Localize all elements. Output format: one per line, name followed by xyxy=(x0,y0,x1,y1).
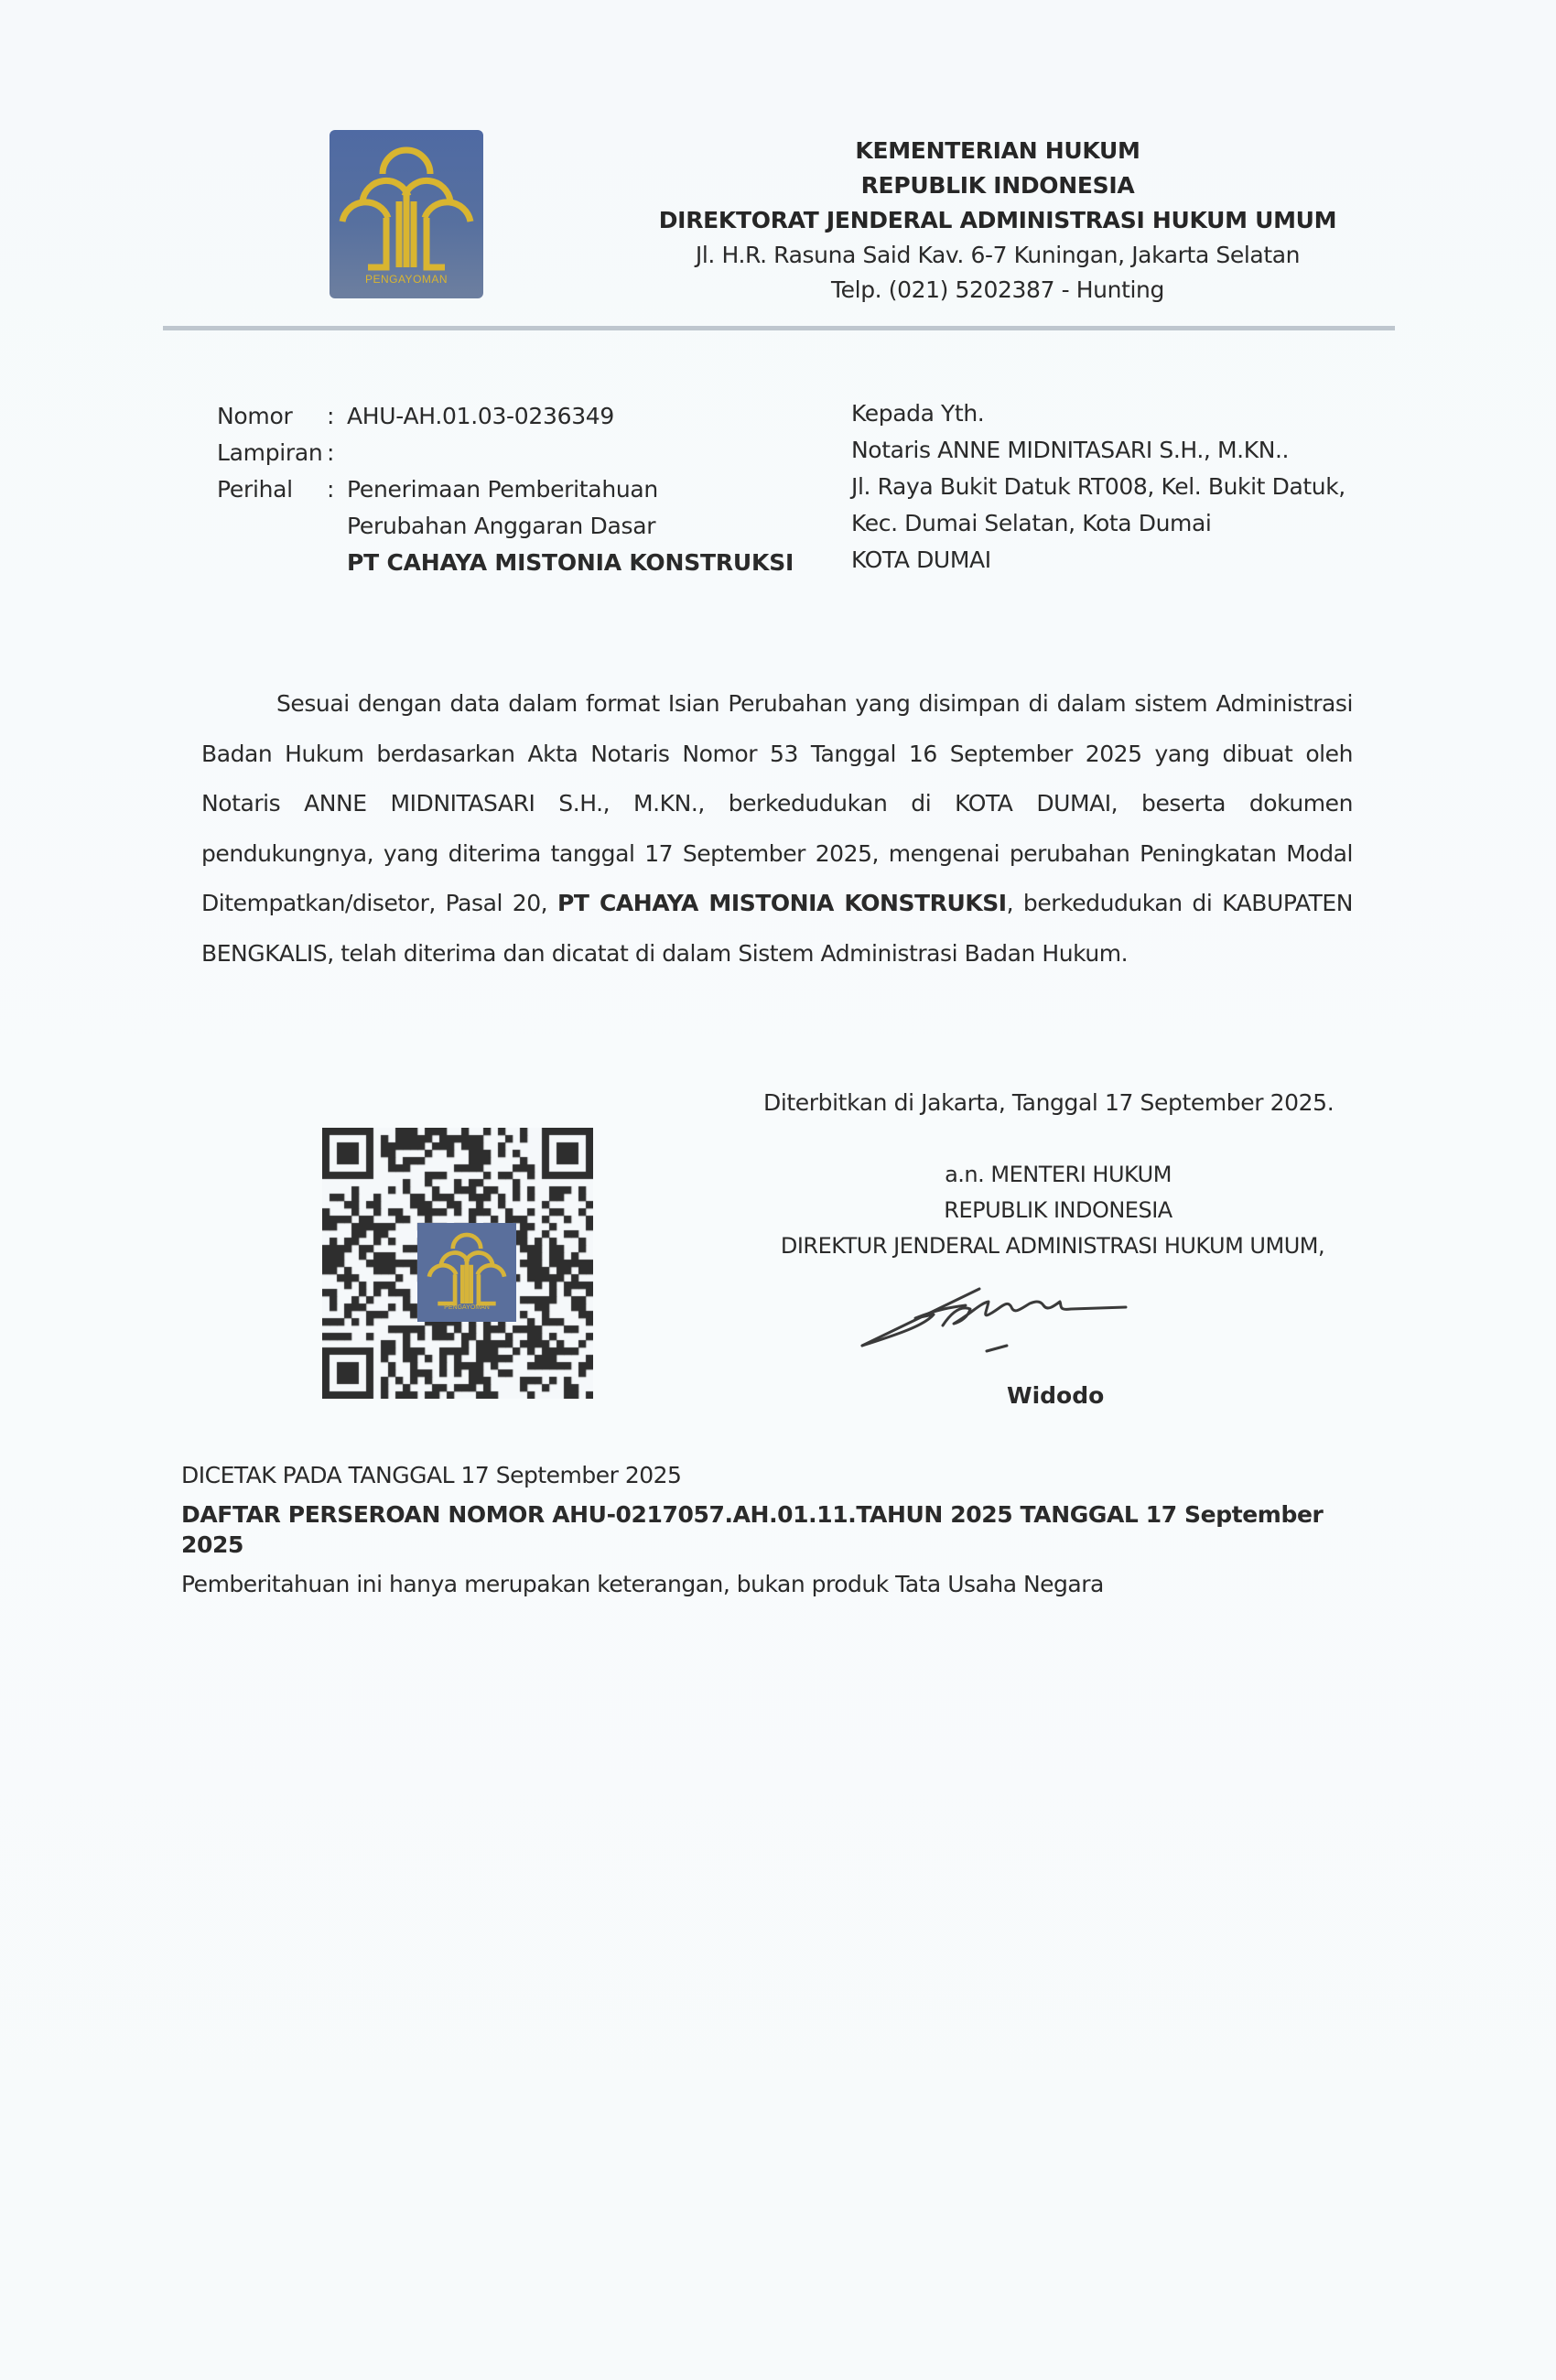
signatory-country: REPUBLIK INDONESIA xyxy=(765,1193,1351,1228)
letterhead: KEMENTERIAN HUKUM REPUBLIK INDONESIA DIR… xyxy=(604,134,1391,308)
signer-name: Widodo xyxy=(1007,1382,1104,1409)
meta-lampiran: Lampiran : xyxy=(217,435,794,471)
disclaimer: Pemberitahuan ini hanya merupakan ketera… xyxy=(181,1569,1371,1599)
recipient-name: Notaris ANNE MIDNITASARI S.H., M.KN.. xyxy=(851,432,1345,469)
country-name: REPUBLIK INDONESIA xyxy=(604,168,1391,203)
on-behalf: a.n. MENTERI HUKUM xyxy=(765,1157,1351,1193)
recipient-address-1: Jl. Raya Bukit Datuk RT008, Kel. Bukit D… xyxy=(851,469,1345,505)
colon: : xyxy=(327,398,347,435)
letter-body: Sesuai dengan data dalam format Isian Pe… xyxy=(201,679,1353,979)
nomor-value: AHU-AH.01.03-0236349 xyxy=(347,398,614,435)
ministry-name: KEMENTERIAN HUKUM xyxy=(604,134,1391,168)
perihal-line-2: Perubahan Anggaran Dasar xyxy=(347,508,794,545)
body-company: PT CAHAYA MISTONIA KONSTRUKSI xyxy=(557,890,1007,916)
perihal-label: Perihal xyxy=(217,471,327,581)
directorate-name: DIREKTORAT JENDERAL ADMINISTRASI HUKUM U… xyxy=(604,203,1391,238)
recipient-address-2: Kec. Dumai Selatan, Kota Dumai xyxy=(851,505,1345,542)
colon: : xyxy=(327,435,347,471)
perihal-company: PT CAHAYA MISTONIA KONSTRUKSI xyxy=(347,545,794,581)
office-phone: Telp. (021) 5202387 - Hunting xyxy=(604,273,1391,308)
issued-date: Diterbitkan di Jakarta, Tanggal 17 Septe… xyxy=(763,1089,1334,1116)
signatory-position: DIREKTUR JENDERAL ADMINISTRASI HUKUM UMU… xyxy=(754,1228,1351,1264)
colon: : xyxy=(327,471,347,581)
meta-nomor: Nomor : AHU-AH.01.03-0236349 xyxy=(217,398,794,435)
company-registry-number: DAFTAR PERSEROAN NOMOR AHU-0217057.AH.01… xyxy=(181,1499,1353,1560)
perihal-line-1: Penerimaan Pemberitahuan xyxy=(347,471,794,508)
recipient-block: Kepada Yth. Notaris ANNE MIDNITASARI S.H… xyxy=(851,395,1345,579)
nomor-label: Nomor xyxy=(217,398,327,435)
body-part-1: Sesuai dengan data dalam format Isian Pe… xyxy=(201,690,1353,916)
meta-perihal: Perihal : Penerimaan Pemberitahuan Perub… xyxy=(217,471,794,581)
verification-qr-code[interactable]: PENGAYOMAN xyxy=(322,1128,593,1399)
perihal-value: Penerimaan Pemberitahuan Perubahan Angga… xyxy=(347,471,794,581)
handwritten-signature xyxy=(851,1261,1144,1366)
signatory-title: a.n. MENTERI HUKUM REPUBLIK INDONESIA DI… xyxy=(765,1157,1351,1264)
document-page: PENGAYOMAN KEMENTERIAN HUKUM REPUBLIK IN… xyxy=(0,0,1556,2380)
qr-center-logo: PENGAYOMAN xyxy=(417,1223,516,1322)
recipient-salutation: Kepada Yth. xyxy=(851,395,1345,432)
lampiran-label: Lampiran xyxy=(217,435,327,471)
recipient-city: KOTA DUMAI xyxy=(851,542,1345,579)
qr-logo-caption: PENGAYOMAN xyxy=(417,1304,516,1311)
ministry-logo: PENGAYOMAN xyxy=(330,130,483,298)
printed-date: DICETAK PADA TANGGAL 17 September 2025 xyxy=(181,1460,1371,1490)
office-address: Jl. H.R. Rasuna Said Kav. 6-7 Kuningan, … xyxy=(604,238,1391,273)
letter-meta: Nomor : AHU-AH.01.03-0236349 Lampiran : … xyxy=(217,398,794,581)
letterhead-divider xyxy=(163,326,1395,330)
logo-caption: PENGAYOMAN xyxy=(330,273,483,286)
document-footer: DICETAK PADA TANGGAL 17 September 2025 D… xyxy=(181,1460,1371,1599)
signature-icon xyxy=(851,1261,1144,1362)
